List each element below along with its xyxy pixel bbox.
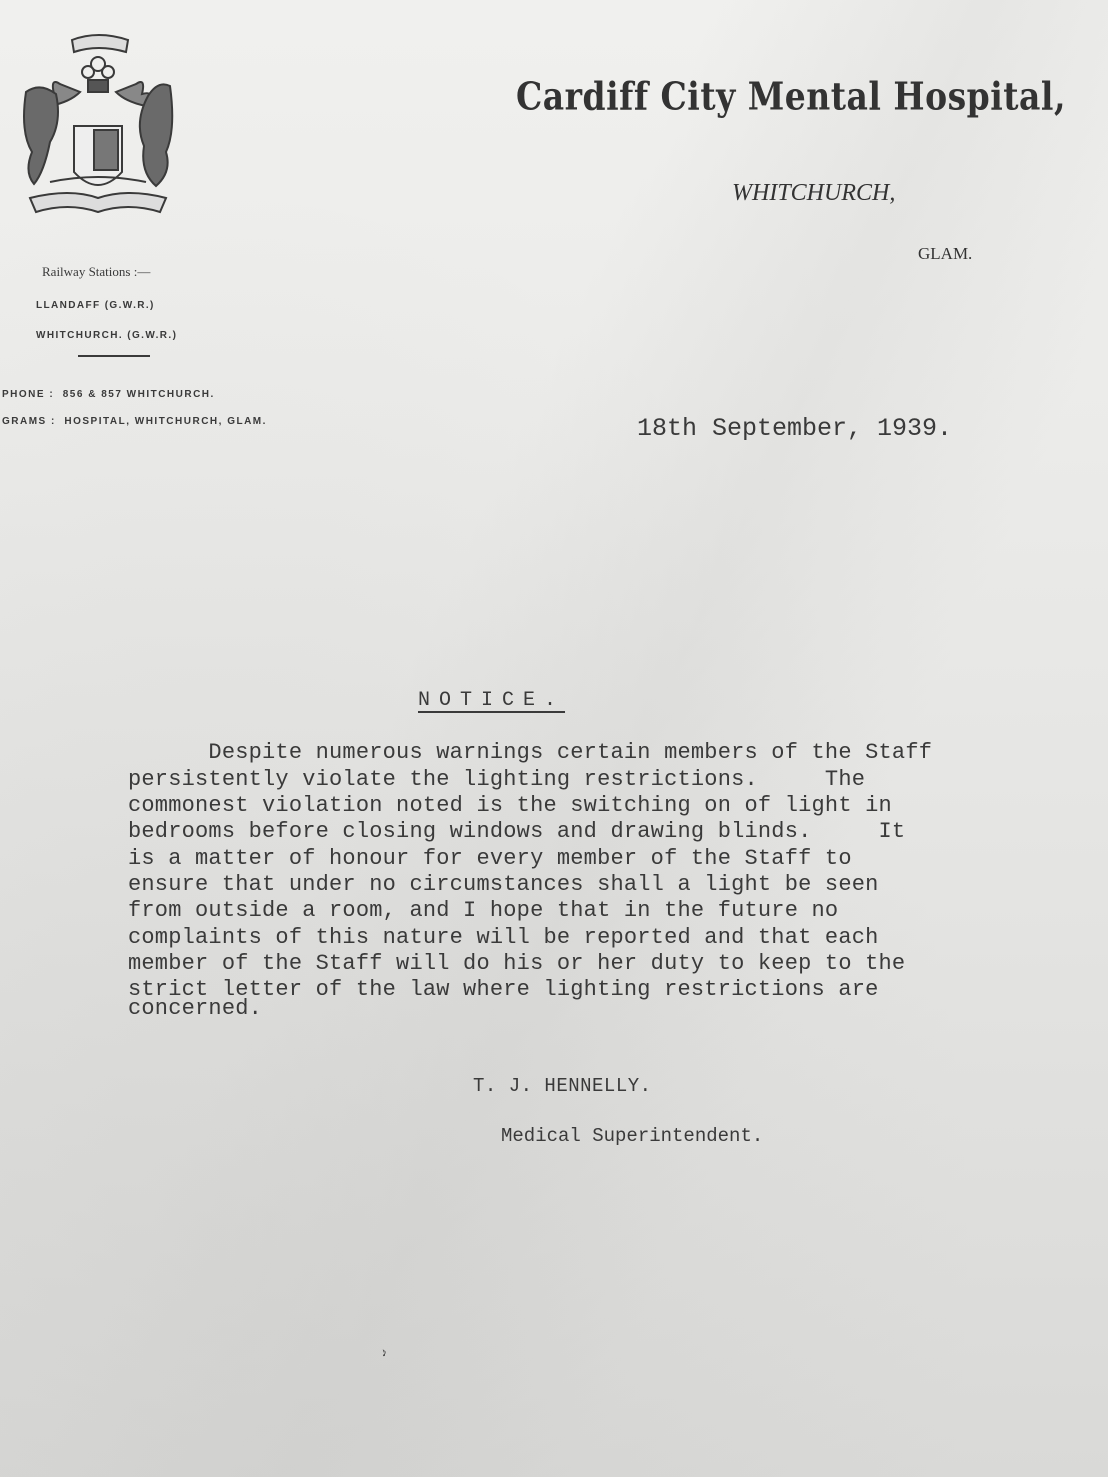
notice-line: Despite numerous warnings certain member… bbox=[128, 740, 932, 765]
notice-line: complaints of this nature will be report… bbox=[128, 925, 879, 950]
notice-title: NOTICE. bbox=[418, 689, 565, 712]
signatory-name: T. J. HENNELLY. bbox=[473, 1075, 652, 1097]
railway-stations-heading: Railway Stations :— bbox=[42, 264, 150, 280]
letter-date: 18th September, 1939. bbox=[637, 414, 952, 443]
coat-of-arms-icon bbox=[10, 22, 186, 222]
notice-line: member of the Staff will do his or her d… bbox=[128, 951, 905, 976]
signatory-title: Medical Superintendent. bbox=[501, 1125, 763, 1147]
telegrams-line: GRAMS : HOSPITAL, WHITCHURCH, GLAM. bbox=[2, 416, 267, 427]
town-line: WHITCHURCH, bbox=[732, 180, 895, 207]
notice-line: is a matter of honour for every member o… bbox=[128, 846, 852, 871]
hospital-name-heading: Cardiff City Mental Hospital, bbox=[516, 74, 1066, 119]
phone-line: PHONE : 856 & 857 WHITCHURCH. bbox=[2, 389, 215, 400]
station-llandaff: LLANDAFF (G.W.R.) bbox=[36, 300, 155, 311]
station-whitchurch: WHITCHURCH. (G.W.R.) bbox=[36, 330, 177, 341]
stray-ink-mark: ♪ bbox=[379, 1344, 390, 1360]
notice-line: persistently violate the lighting restri… bbox=[128, 767, 865, 792]
county-line: GLAM. bbox=[918, 244, 972, 264]
notice-line: ensure that under no circumstances shall… bbox=[128, 872, 879, 897]
notice-line: from outside a room, and I hope that in … bbox=[128, 898, 838, 923]
divider-rule bbox=[78, 355, 150, 357]
railway-stations-block: Railway Stations :— bbox=[42, 264, 150, 294]
notice-line: concerned. bbox=[128, 996, 262, 1021]
notice-line: bedrooms before closing windows and draw… bbox=[128, 819, 905, 844]
notice-line: commonest violation noted is the switchi… bbox=[128, 793, 892, 818]
